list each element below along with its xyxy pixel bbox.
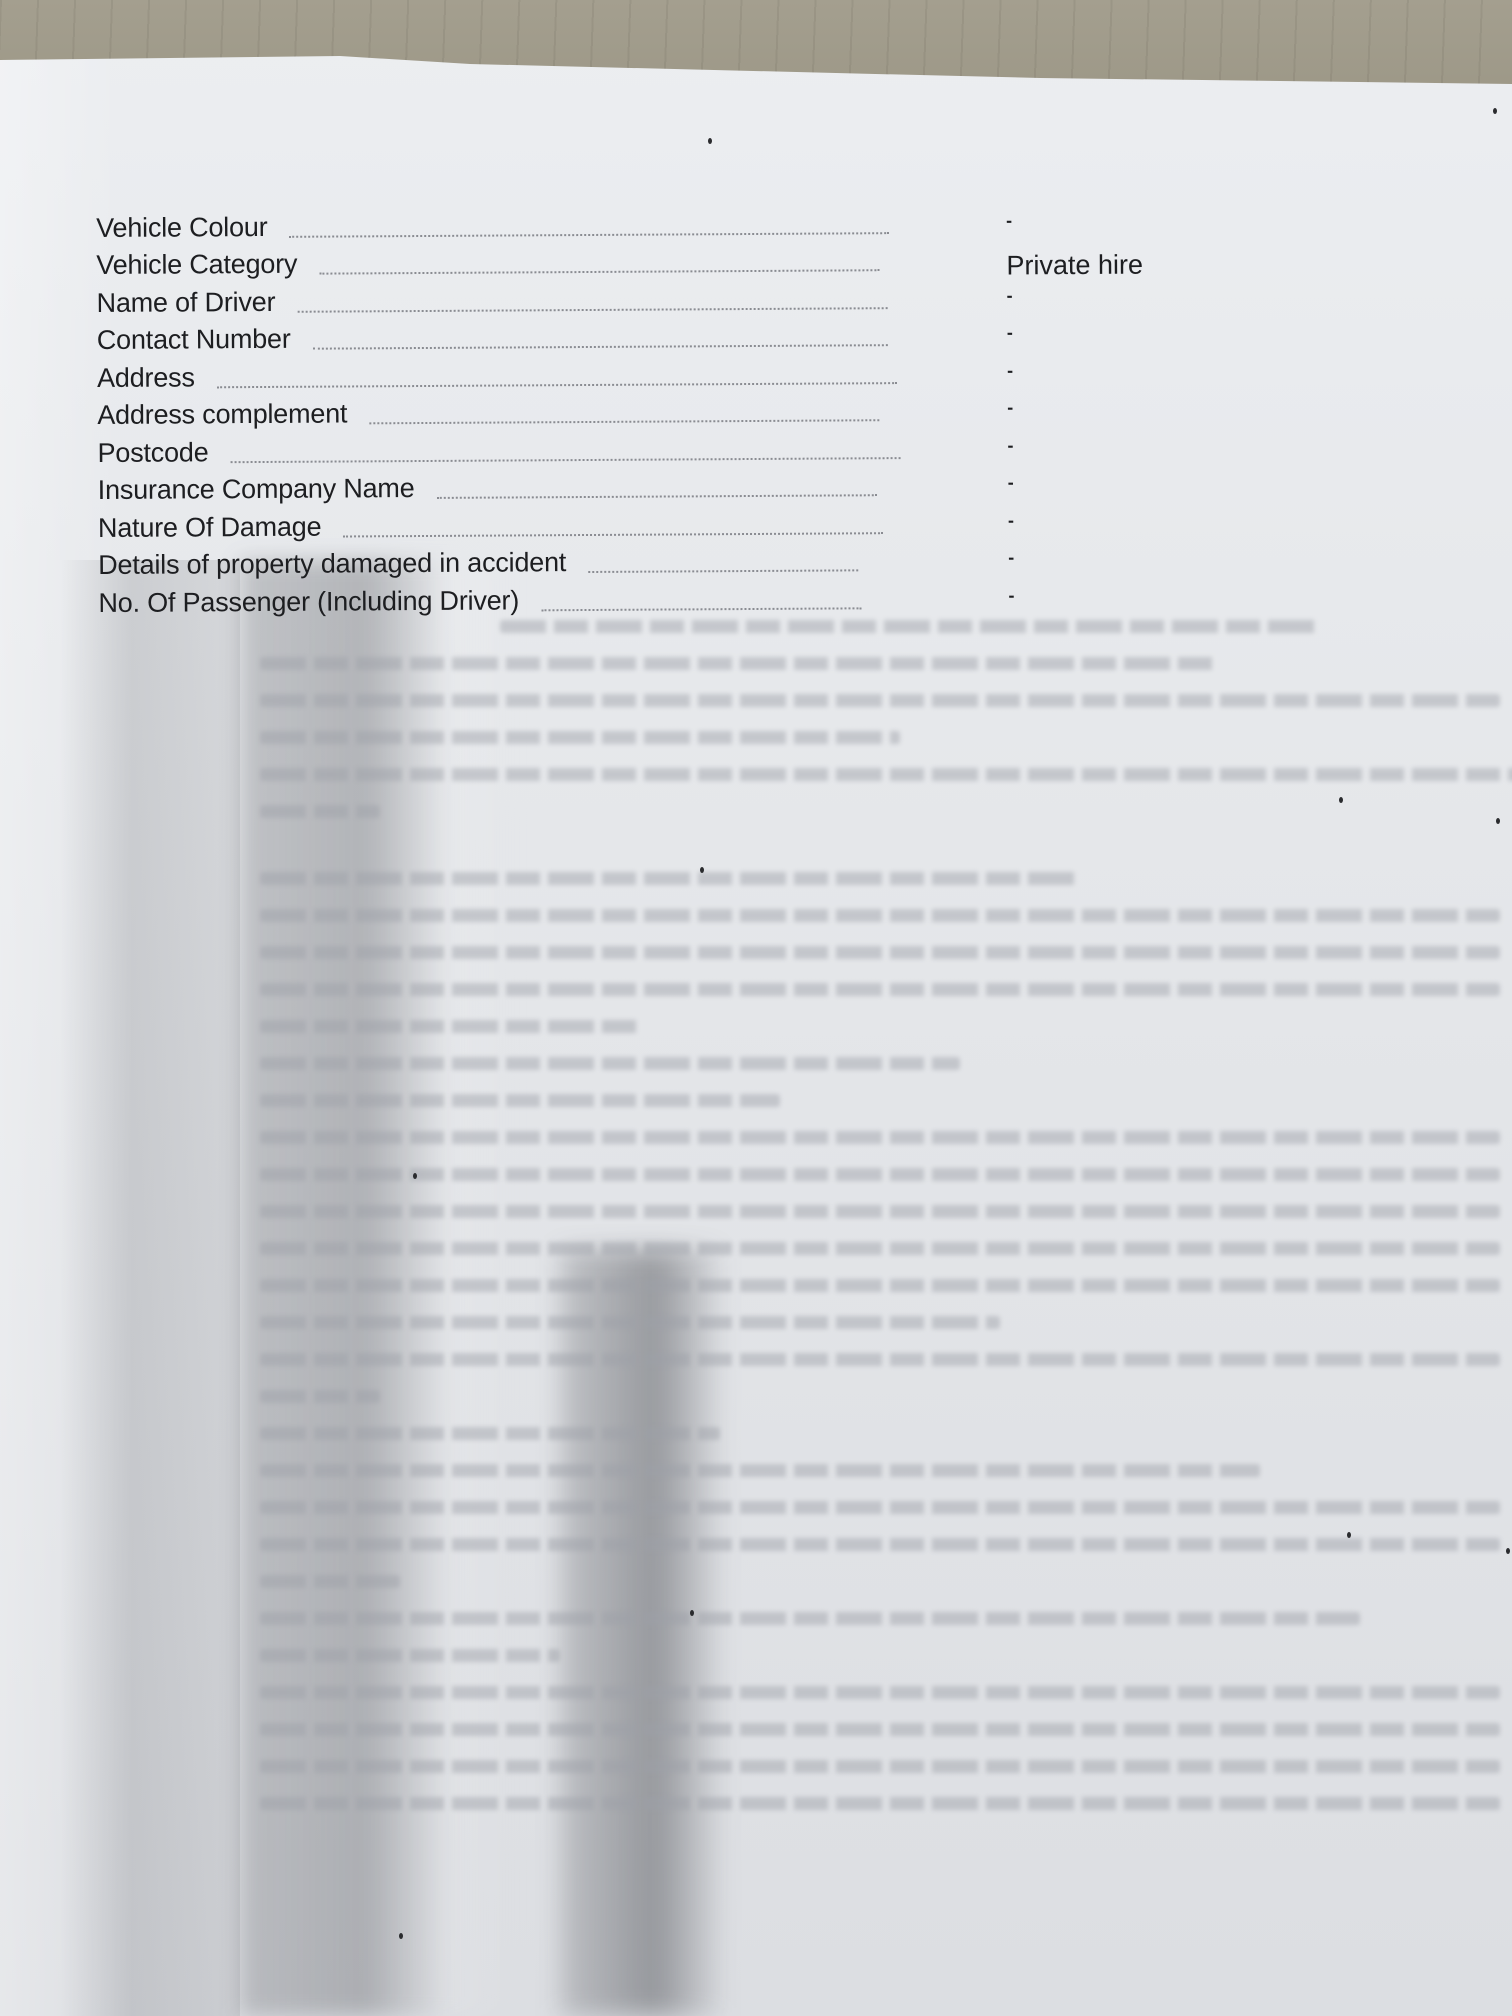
field-label: Nature Of Damage <box>98 511 322 542</box>
dotted-leader-line <box>297 307 887 313</box>
dotted-leader-line <box>588 569 858 573</box>
field-value: - <box>1007 317 1013 347</box>
dotted-leader-line <box>217 382 897 388</box>
paper-speck <box>708 138 712 144</box>
paper-speck <box>399 1933 403 1939</box>
vehicle-details-form: Vehicle Colour - Vehicle Category Privat… <box>96 198 1198 617</box>
field-value: - <box>1008 542 1014 572</box>
field-label: Address <box>97 362 195 393</box>
paper-speck <box>1347 1532 1351 1538</box>
field-value: - <box>1006 205 1012 235</box>
field-label: Details of property damaged in accident <box>98 547 566 580</box>
field-label: Insurance Company Name <box>98 473 415 505</box>
field-label: Vehicle Colour <box>96 211 267 242</box>
fold-shadow <box>560 1250 720 2016</box>
paper-speck <box>1339 797 1343 803</box>
dotted-leader-line <box>313 344 888 350</box>
field-label: Address complement <box>97 398 347 430</box>
field-value: - <box>1008 505 1014 535</box>
paper-sheet: Vehicle Colour - Vehicle Category Privat… <box>0 0 1512 2016</box>
form-row-number-of-passengers: No. Of Passenger (Including Driver) - <box>98 573 1198 617</box>
field-value: - <box>1007 392 1013 422</box>
dotted-leader-line <box>319 269 879 274</box>
field-value: - <box>1007 430 1013 460</box>
fold-shadow <box>240 560 520 2016</box>
paper-speck <box>413 1173 417 1179</box>
field-label: Postcode <box>97 437 208 468</box>
paper-speck <box>1506 1548 1510 1554</box>
field-value: - <box>1008 467 1014 497</box>
field-label: Name of Driver <box>97 286 276 317</box>
dotted-leader-line <box>290 232 890 238</box>
paper-speck <box>1496 818 1500 824</box>
paper-speck <box>700 867 704 873</box>
dotted-leader-line <box>343 532 883 537</box>
paper-speck <box>690 1610 694 1616</box>
field-label: Vehicle Category <box>96 249 297 280</box>
dotted-leader-line <box>541 607 861 611</box>
dotted-leader-line <box>437 494 877 499</box>
paper-speck <box>1493 108 1497 114</box>
field-value: - <box>1008 580 1014 610</box>
field-label: Contact Number <box>97 324 291 355</box>
reverse-side-bleed-through-text <box>260 620 1512 1834</box>
dotted-leader-line <box>369 419 879 424</box>
field-value: - <box>1007 355 1013 385</box>
dotted-leader-line <box>231 457 901 463</box>
field-value: - <box>1006 280 1012 310</box>
fold-shadow <box>60 560 240 2016</box>
field-label: No. Of Passenger (Including Driver) <box>98 585 519 618</box>
